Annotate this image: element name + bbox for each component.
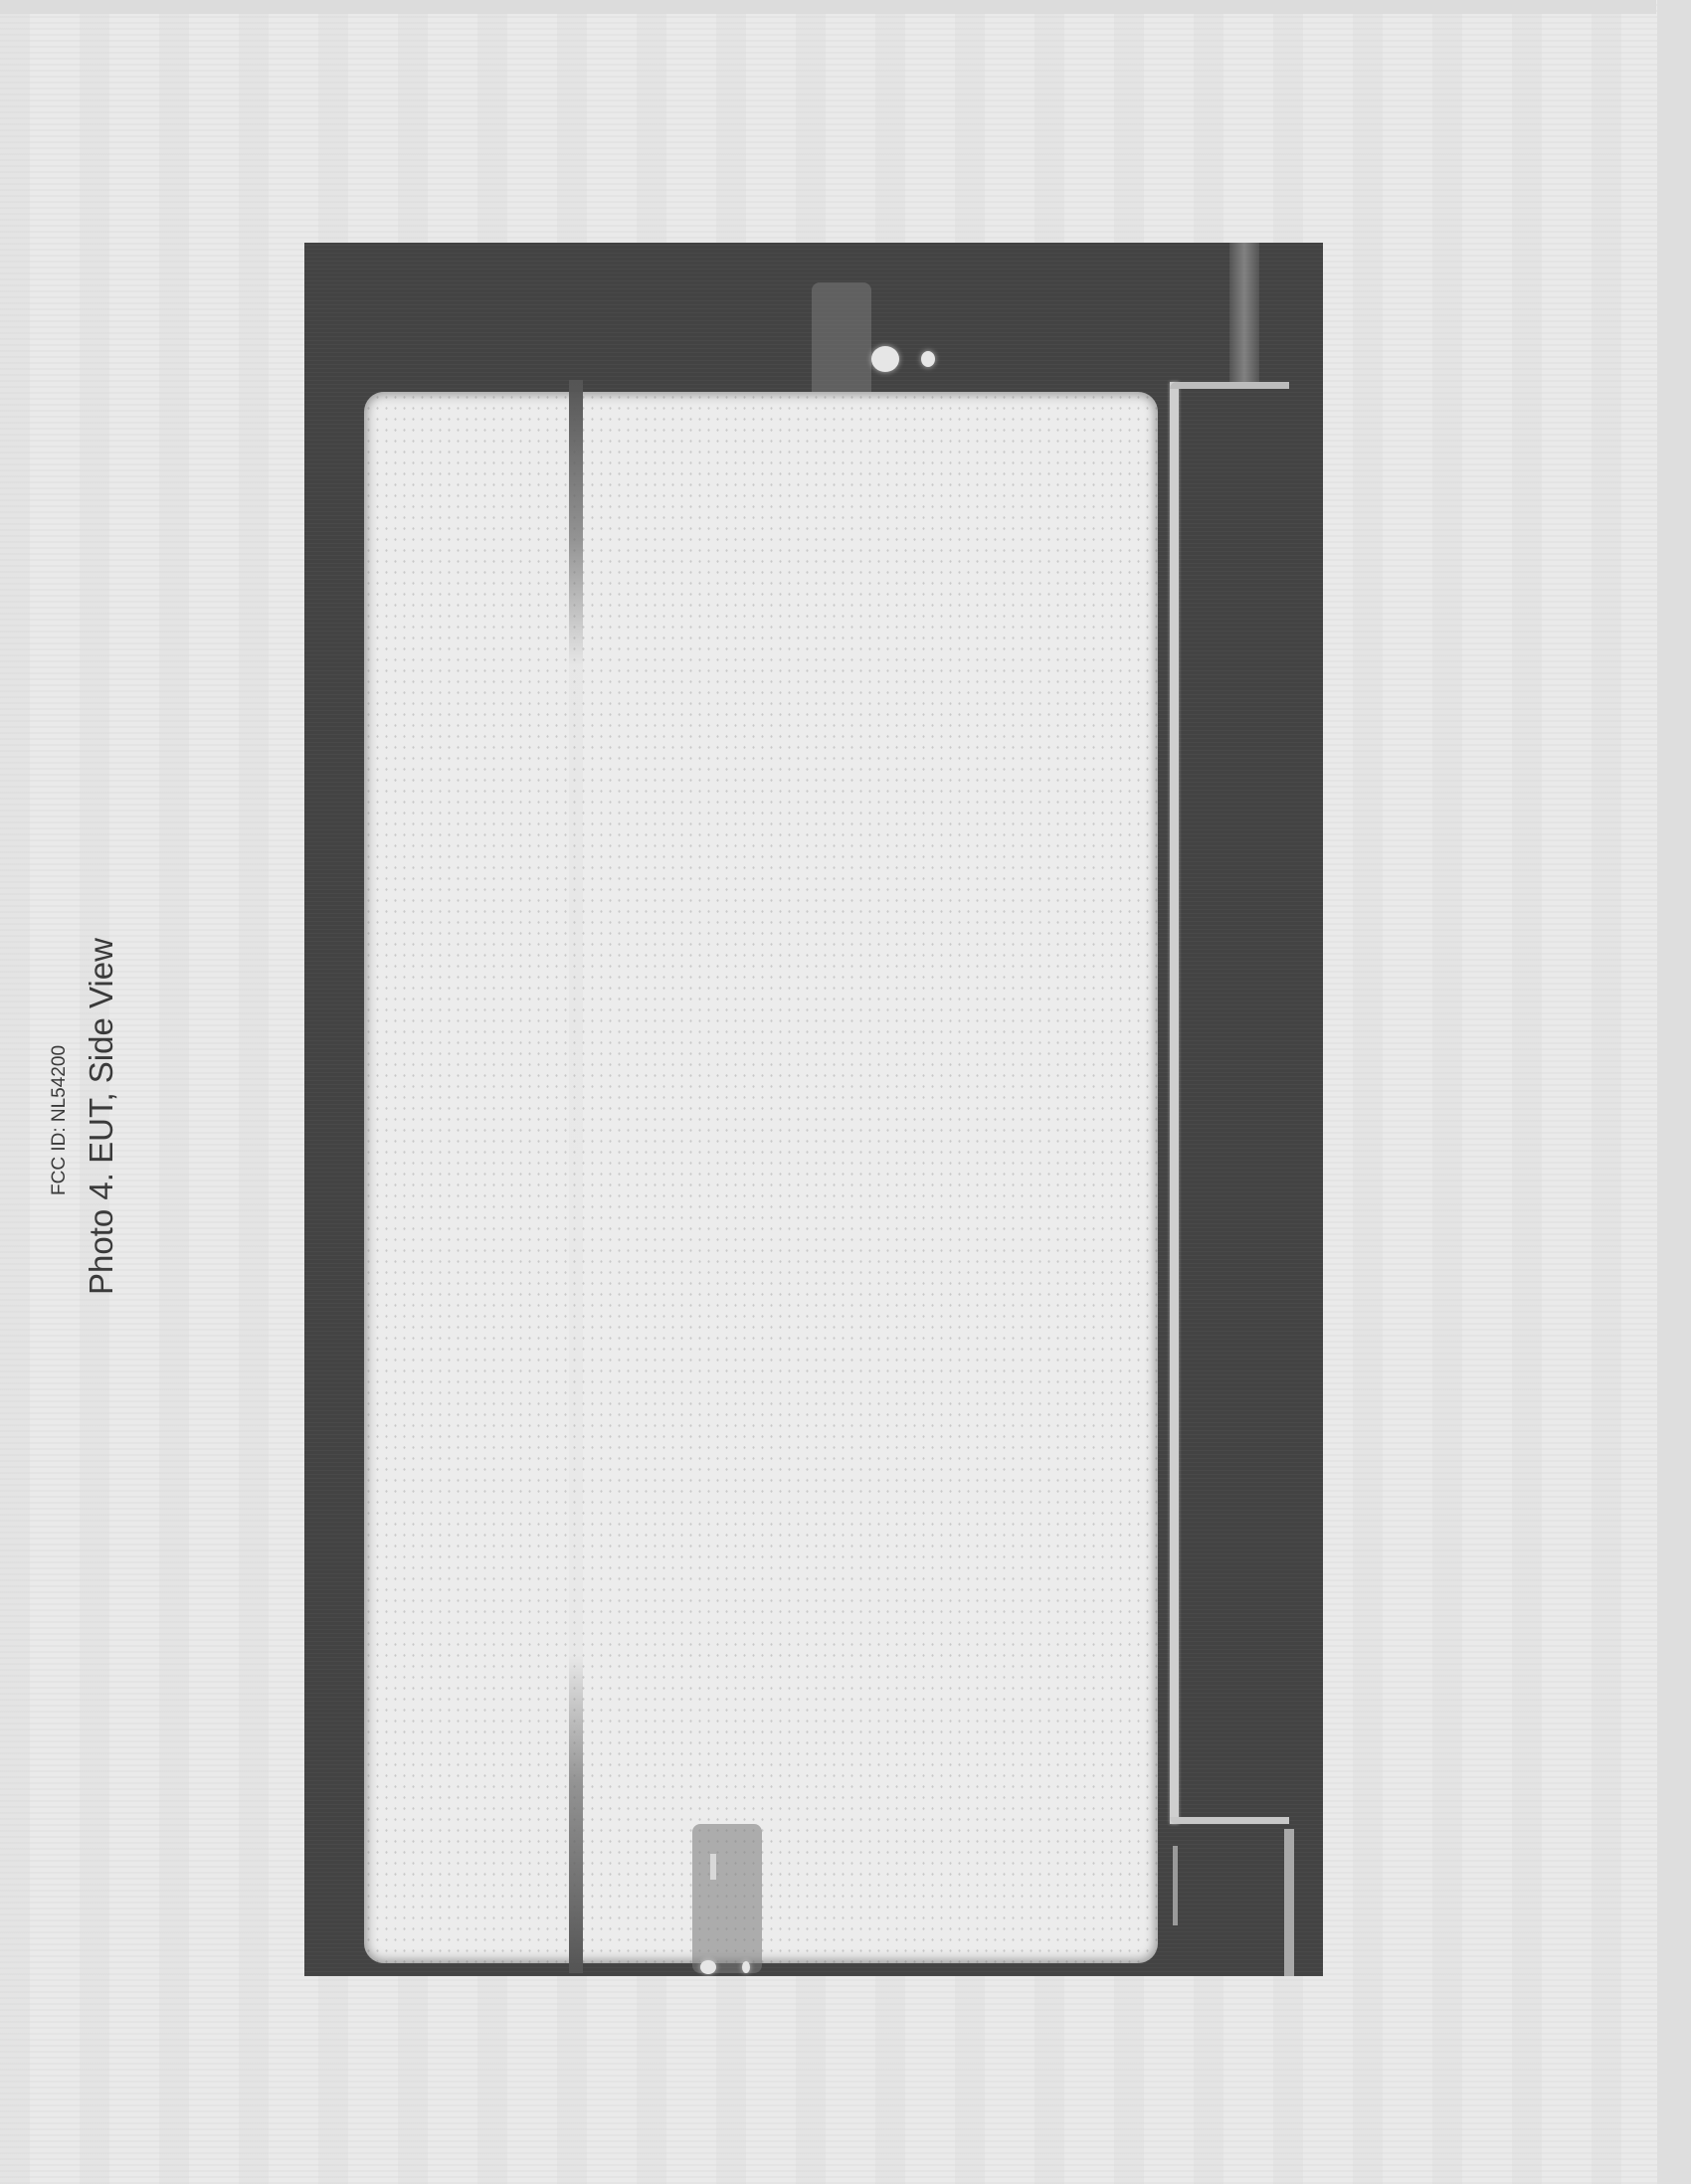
mounting-bracket <box>1170 382 1179 1824</box>
caption-block: FCC ID: NL54200 Photo 4. EUT, Side View <box>48 927 125 1295</box>
mounting-bracket-bottom <box>1170 1817 1289 1824</box>
bracket-tab-bottom <box>1284 1829 1294 1976</box>
connector-stud-icon <box>742 1961 750 1973</box>
scan-edge-top <box>0 0 1656 14</box>
fcc-id-label: FCC ID: NL54200 <box>48 927 72 1295</box>
connector-pin-icon <box>710 1854 716 1880</box>
enclosure-texture <box>364 392 1158 1963</box>
eut-enclosure <box>364 392 1158 1963</box>
scan-edge-right <box>1657 0 1691 2184</box>
bracket-tab-bottom-inner <box>1173 1846 1178 1925</box>
connector-stud-icon <box>700 1960 716 1974</box>
photo-title: Photo 4. EUT, Side View <box>78 927 125 1295</box>
mounting-bracket-top <box>1170 382 1289 389</box>
connector-bottom <box>692 1824 762 1973</box>
connector-top <box>812 282 871 402</box>
enclosure-seam <box>569 380 583 1973</box>
connector-stud-icon <box>921 351 935 367</box>
eut-side-view-photo <box>304 243 1323 1976</box>
bracket-tab-top <box>1229 243 1259 382</box>
connector-stud-icon <box>871 346 899 372</box>
